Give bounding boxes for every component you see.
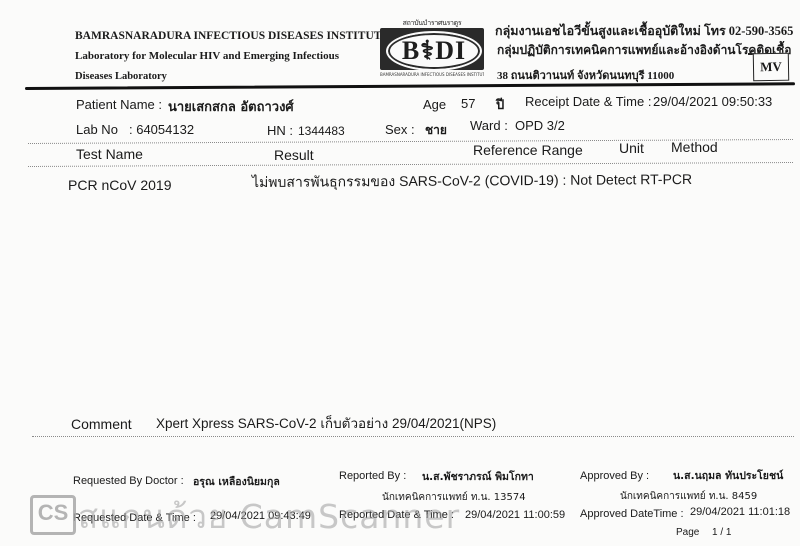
bidi-logo: สถาบันบำราศนราดูร B⚕DI BAMRASNARADURA IN… xyxy=(378,19,486,79)
approved-by-title: นักเทคนิคการแพทย์ ท.น. 8459 xyxy=(620,489,757,504)
sex-label: Sex : xyxy=(385,122,415,137)
approved-date-label: Approved DateTime : xyxy=(580,508,684,520)
age-unit: ปี xyxy=(496,94,504,115)
thai-unit-line: กลุ่มงานเอชไอวีขั้นสูงและเชื้ออุบัติใหม่… xyxy=(495,21,793,41)
hn-label: HN : xyxy=(267,123,293,138)
comment-label: Comment xyxy=(71,416,132,432)
logo-main-text: B⚕DI xyxy=(388,36,480,66)
lab-no-label: Lab No xyxy=(76,122,118,137)
reported-by-value: น.ส.พัชราภรณ์ พิมโกทา xyxy=(422,468,534,485)
sex-value: ชาย xyxy=(425,121,447,140)
test-name-cell: PCR nCoV 2019 xyxy=(68,177,172,193)
comment-value: Xpert Xpress SARS-CoV-2 เก็บตัวอย่าง 29/… xyxy=(156,412,496,434)
age-label: Age xyxy=(423,97,446,112)
age-value: 57 xyxy=(461,96,475,111)
lab-no-value: : 64054132 xyxy=(129,122,194,137)
code-box: MV xyxy=(753,53,789,82)
page-label: Page xyxy=(676,527,699,538)
result-cell: ไม่พบสารพันธุกรรมของ SARS-CoV-2 (COVID-1… xyxy=(252,169,692,194)
ward-label: Ward : xyxy=(470,118,508,133)
patient-name-value: นายเสกสกล อัตถาวงศ์ xyxy=(168,96,294,117)
thai-group-line: กลุ่มปฏิบัติการเทคนิคการแพทย์และอ้างอิงด… xyxy=(497,41,791,60)
institute-name: BAMRASNARADURA INFECTIOUS DISEASES INSTI… xyxy=(75,30,389,42)
approved-by-label: Approved By : xyxy=(580,470,649,482)
requested-by-label: Requested By Doctor : xyxy=(73,475,184,487)
reported-date-value: 29/04/2021 11:00:59 xyxy=(465,509,565,521)
receipt-value: 29/04/2021 09:50:33 xyxy=(653,94,772,109)
col-method: Method xyxy=(671,139,718,155)
requested-by-value: อรุณ เหลืองนิยมกุล xyxy=(193,473,280,490)
logo-bottom-text: BAMRASNARADURA INFECTIOUS DISEASES INSTI… xyxy=(380,72,484,77)
patient-name-label: Patient Name : xyxy=(76,97,162,112)
logo-box: B⚕DI xyxy=(380,28,484,70)
col-unit: Unit xyxy=(619,140,644,156)
lab-name-line2: Diseases Laboratory xyxy=(75,71,167,82)
approved-date-value: 29/04/2021 11:01:18 xyxy=(690,506,790,518)
col-test-name: Test Name xyxy=(76,146,143,162)
comment-divider xyxy=(32,436,794,437)
logo-top-text: สถาบันบำราศนราดูร xyxy=(384,19,480,27)
logo-oval: B⚕DI xyxy=(386,31,482,71)
receipt-label: Receipt Date & Time : xyxy=(525,94,651,109)
approved-by-value: น.ส.นฤมล ทันประโยชน์ xyxy=(673,467,783,484)
col-result: Result xyxy=(274,147,314,163)
reported-by-label: Reported By : xyxy=(339,470,406,482)
lab-name-line1: Laboratory for Molecular HIV and Emergin… xyxy=(75,50,339,62)
camscanner-watermark-text: สแกนด้วย CamScanner xyxy=(78,490,460,543)
col-reference-range: Reference Range xyxy=(473,142,583,158)
table-header-divider xyxy=(28,162,793,167)
ward-value: OPD 3/2 xyxy=(515,118,565,133)
page-number: 1 / 1 xyxy=(712,527,731,538)
camscanner-badge-icon: CS xyxy=(30,495,76,535)
thai-address-line: 38 ถนนติวานนท์ จังหวัดนนทบุรี 11000 xyxy=(497,66,674,84)
hn-value: 1344483 xyxy=(298,124,345,138)
header-divider xyxy=(25,82,795,90)
